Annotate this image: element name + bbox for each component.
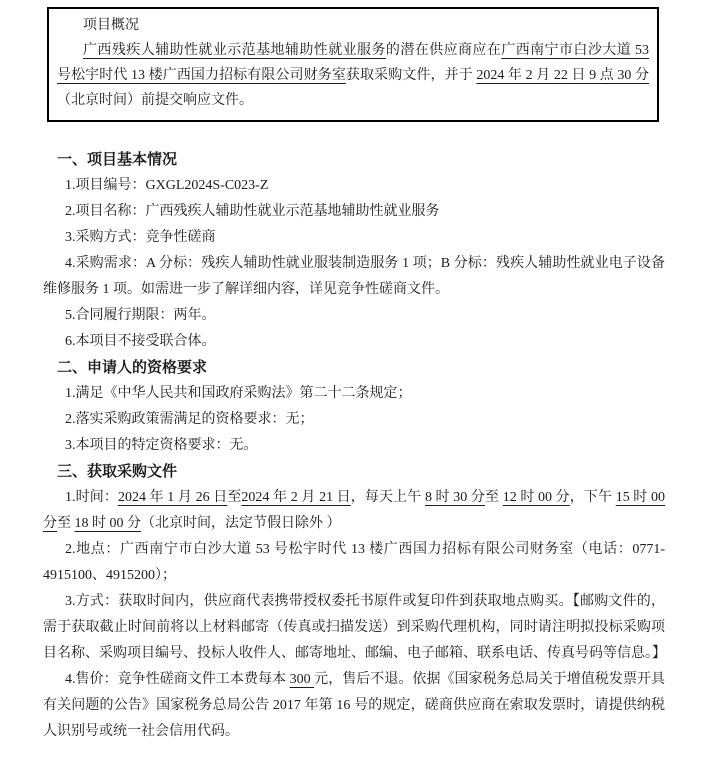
paragraph: 3.采购方式：竞争性磋商 xyxy=(43,225,665,251)
text-segment: 3.采购方式：竞争性磋商 xyxy=(65,230,216,245)
paragraph: 3.本项目的特定资格要求：无。 xyxy=(43,433,665,459)
underlined-text: 18 时 00 分 xyxy=(75,516,142,531)
underlined-text: 2024 年 2 月 21 日 xyxy=(241,490,350,505)
text-segment: （北京时间）前提交响应文件。 xyxy=(57,93,253,108)
underlined-text: 12 时 00 分 xyxy=(503,490,570,505)
document-body: 一、项目基本情况1.项目编号：GXGL2024S-C023-Z2.项目名称：广西… xyxy=(43,147,665,745)
underlined-text: 2024 年 2 月 22 日 9 点 30 分 xyxy=(476,68,649,83)
paragraph: 1.项目编号：GXGL2024S-C023-Z xyxy=(43,173,665,199)
underlined-text: 广西残疾人辅助性就业示范基地辅助性就业服务 xyxy=(83,43,386,58)
text-segment: 获取采购文件，并于 xyxy=(346,68,476,83)
overview-paragraph: 广西残疾人辅助性就业示范基地辅助性就业服务的潜在供应商应在广西南宁市白沙大道 5… xyxy=(57,38,649,113)
section-heading: 一、项目基本情况 xyxy=(43,147,665,173)
paragraph: 4.采购需求：A 分标：残疾人辅助性就业服装制造服务 1 项；B 分标：残疾人辅… xyxy=(43,251,665,303)
paragraph: 2.落实采购政策需满足的资格要求：无； xyxy=(43,407,665,433)
text-segment: 4.采购需求：A 分标：残疾人辅助性就业服装制造服务 1 项；B 分标：残疾人辅… xyxy=(43,256,665,297)
document-page: 项目概况 广西残疾人辅助性就业示范基地辅助性就业服务的潜在供应商应在广西南宁市白… xyxy=(0,0,710,774)
paragraph: 4.售价：竞争性磋商文件工本费每本 300 元，售后不退。依据《国家税务总局关于… xyxy=(43,667,665,745)
paragraph: 3.方式：获取时间内，供应商代表携带授权委托书原件或复印件到获取地点购买。【邮购… xyxy=(43,589,665,667)
text-segment: 6.本项目不接受联合体。 xyxy=(65,334,216,349)
text-segment: 1.项目编号：GXGL2024S-C023-Z xyxy=(65,178,268,193)
paragraph: 1.满足《中华人民共和国政府采购法》第二十二条规定； xyxy=(43,381,665,407)
text-segment: 的潜在供应商应在 xyxy=(386,43,501,58)
text-segment: 3.方式：获取时间内，供应商代表携带授权委托书原件或复印件到获取地点购买。【邮购… xyxy=(43,594,666,661)
text-segment: 2.项目名称：广西残疾人辅助性就业示范基地辅助性就业服务 xyxy=(65,204,440,219)
text-segment: 至 xyxy=(57,516,75,531)
overview-title: 项目概况 xyxy=(57,13,649,38)
underlined-text: 2024 年 1 月 26 日 xyxy=(118,490,227,505)
text-segment: 5.合同履行期限：两年。 xyxy=(65,308,216,323)
section-heading: 二、申请人的资格要求 xyxy=(43,355,665,381)
text-segment: 1.满足《中华人民共和国政府采购法》第二十二条规定； xyxy=(65,386,412,401)
text-segment: 1.时间： xyxy=(65,490,118,505)
paragraph: 1.时间：2024 年 1 月 26 日至2024 年 2 月 21 日，每天上… xyxy=(43,485,665,537)
text-segment: 2.落实采购政策需满足的资格要求：无； xyxy=(65,412,314,427)
paragraph: 6.本项目不接受联合体。 xyxy=(43,329,665,355)
text-segment: 4.售价：竞争性磋商文件工本费每本 xyxy=(65,672,290,687)
paragraph: 2.地点：广西南宁市白沙大道 53 号松宇时代 13 楼广西国力招标有限公司财务… xyxy=(43,537,665,589)
project-overview-box: 项目概况 广西残疾人辅助性就业示范基地辅助性就业服务的潜在供应商应在广西南宁市白… xyxy=(47,7,659,122)
text-segment: ，每天上午 xyxy=(351,490,425,505)
section-heading: 三、获取采购文件 xyxy=(43,459,665,485)
underlined-text: 8 时 30 分 xyxy=(425,490,485,505)
text-segment: （北京时间，法定节假日除外 ） xyxy=(141,516,341,531)
text-segment: ，下午 xyxy=(570,490,616,505)
text-segment: 3.本项目的特定资格要求：无。 xyxy=(65,438,258,453)
underlined-text: 300 xyxy=(290,672,315,687)
paragraph: 5.合同履行期限：两年。 xyxy=(43,303,665,329)
text-segment: 2.地点：广西南宁市白沙大道 53 号松宇时代 13 楼广西国力招标有限公司财务… xyxy=(43,542,665,583)
text-segment: 至 xyxy=(485,490,503,505)
text-segment: 至 xyxy=(227,490,241,505)
paragraph: 2.项目名称：广西残疾人辅助性就业示范基地辅助性就业服务 xyxy=(43,199,665,225)
